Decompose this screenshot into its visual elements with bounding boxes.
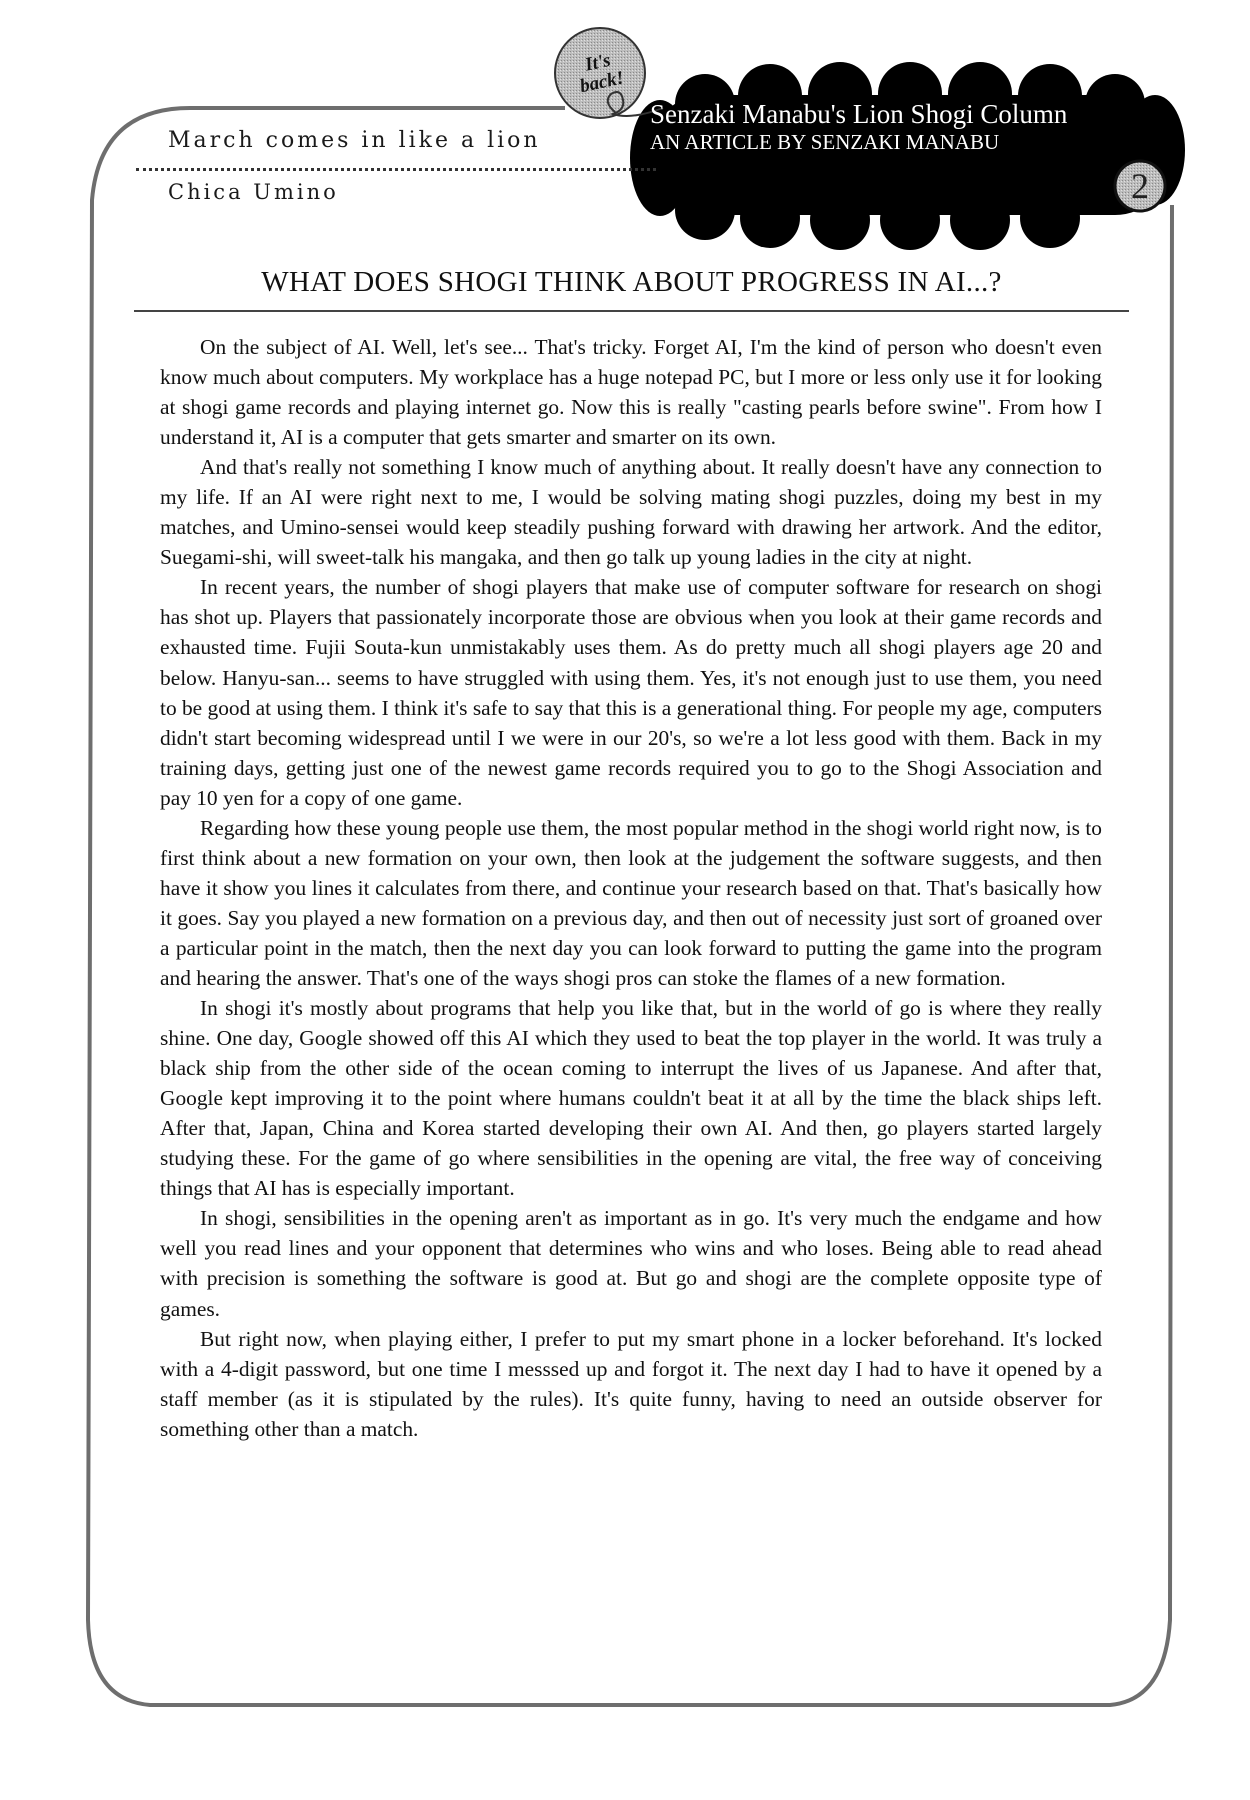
paragraph: But right now, when playing either, I pr… [160, 1324, 1102, 1444]
column-banner-shape [630, 62, 1185, 250]
title-underline [134, 310, 1129, 312]
dotted-divider [136, 168, 656, 171]
series-title: March comes in like a lion [168, 128, 541, 153]
column-banner: Senzaki Manabu's Lion Shogi Column AN AR… [650, 98, 1170, 154]
series-author: Chica Umino [168, 180, 339, 204]
paragraph: On the subject of AI. Well, let's see...… [160, 332, 1102, 452]
issue-number: 2 [1117, 163, 1163, 209]
paragraph: Regarding how these young people use the… [160, 813, 1102, 993]
paragraph: In shogi it's mostly about programs that… [160, 993, 1102, 1203]
paragraph: And that's really not something I know m… [160, 452, 1102, 572]
column-subtitle: AN ARTICLE BY SENZAKI MANABU [650, 130, 1170, 154]
paragraph: In shogi, sensibilities in the opening a… [160, 1203, 1102, 1323]
column-title: Senzaki Manabu's Lion Shogi Column [650, 98, 1170, 130]
its-back-badge: It's back! [549, 22, 651, 124]
article-body: On the subject of AI. Well, let's see...… [160, 332, 1102, 1444]
article-title: WHAT DOES SHOGI THINK ABOUT PROGRESS IN … [134, 266, 1129, 299]
paragraph: In recent years, the number of shogi pla… [160, 572, 1102, 812]
badge-text-line2: back! [578, 68, 626, 97]
